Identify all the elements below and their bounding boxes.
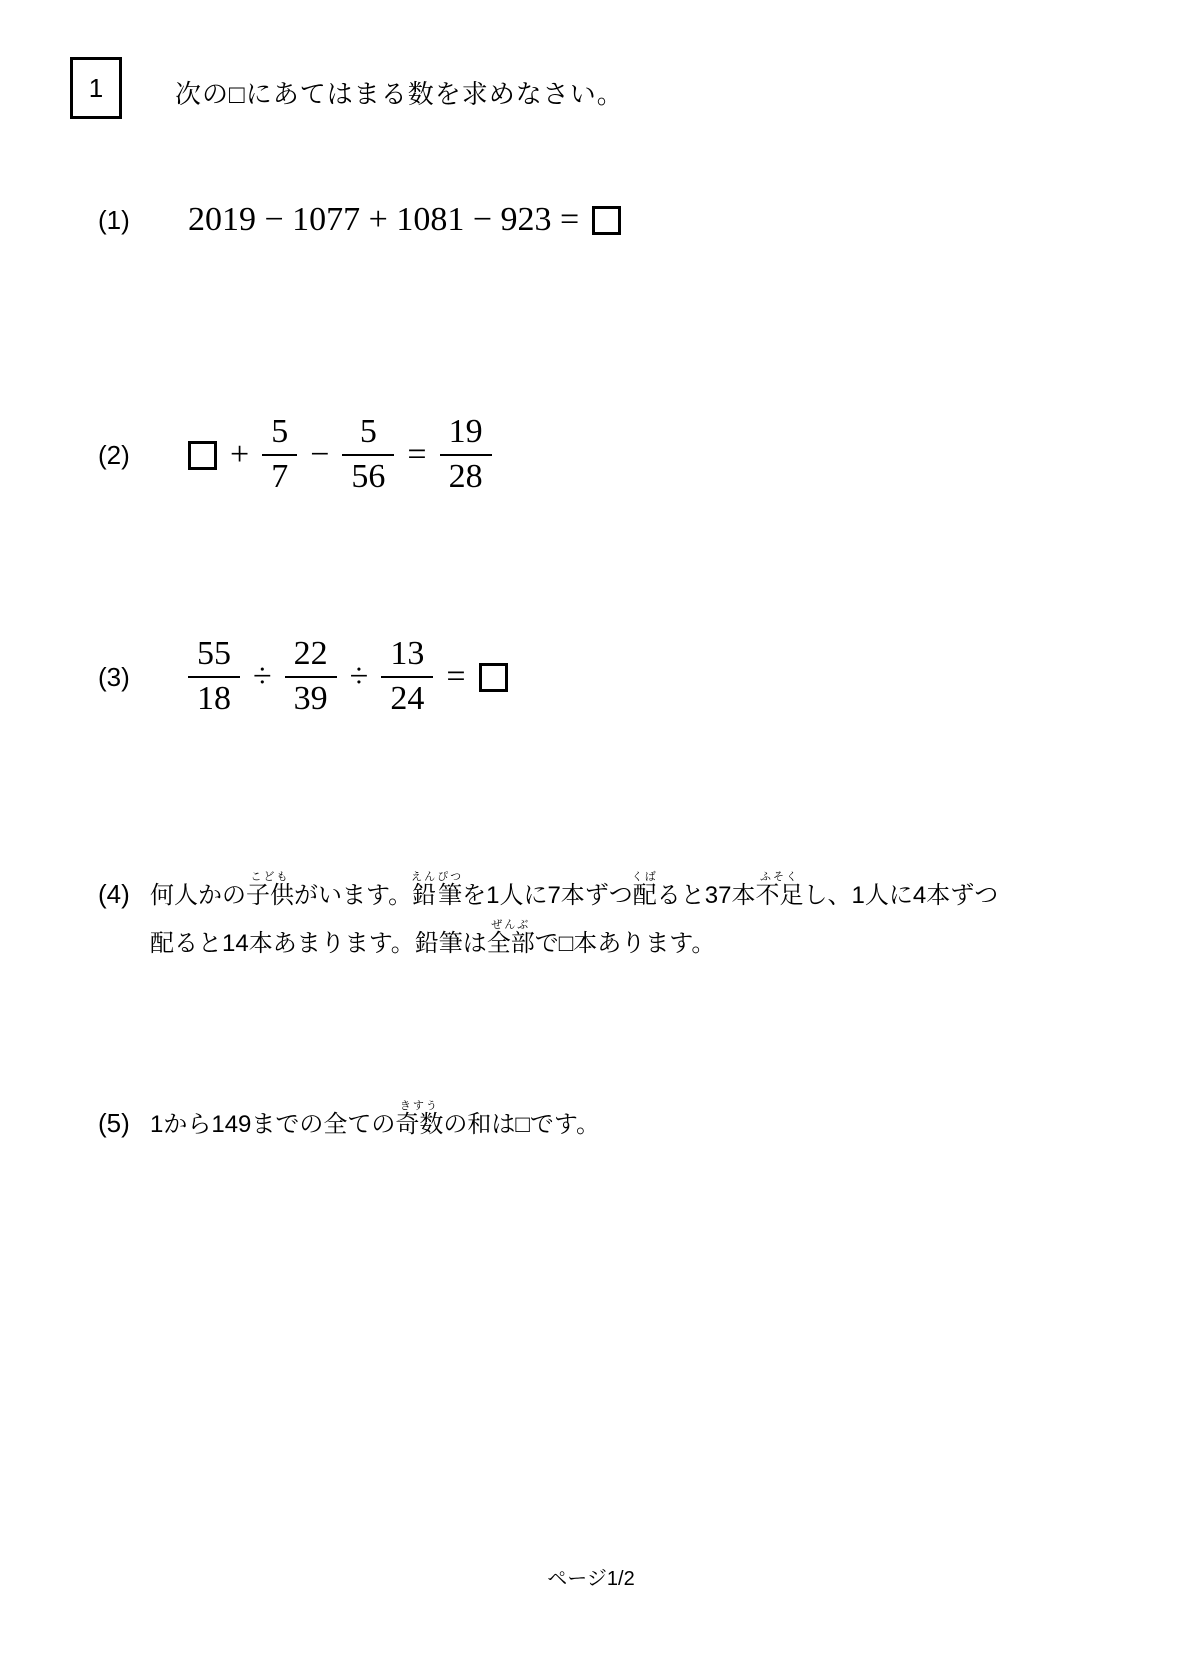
problem-2-label: (2): [98, 440, 188, 471]
text-segment: で□本あります。: [535, 930, 716, 957]
problem-1-equation: 2019 − 1077 + 1081 − 923 =: [188, 201, 621, 239]
furigana: えんぴつ: [411, 871, 463, 883]
problem-4-label: (4): [98, 871, 150, 918]
divide-operator: ÷: [350, 660, 369, 694]
fraction: 55 18: [188, 636, 240, 717]
text-segment: 何人かの: [150, 882, 246, 909]
text-segment: を1人に7本ずつ: [462, 882, 633, 909]
fraction: 5 7: [262, 414, 297, 495]
furigana: ふそく: [756, 871, 804, 883]
answer-box: [479, 663, 508, 692]
fraction-numerator: 5: [262, 414, 297, 454]
fraction-numerator: 13: [381, 636, 433, 676]
divide-operator: ÷: [253, 660, 272, 694]
fraction-numerator: 19: [440, 414, 492, 454]
fraction: 5 56: [342, 414, 394, 495]
ruby-word: 奇数きすう: [395, 1111, 443, 1138]
ruby-base: 鉛筆: [411, 882, 463, 909]
fraction-denominator: 7: [262, 454, 297, 496]
answer-box: [592, 206, 621, 235]
fraction: 13 24: [381, 636, 433, 717]
text-segment: がいます。: [294, 882, 412, 909]
fraction: 19 28: [440, 414, 492, 495]
ruby-word: 鉛筆えんぴつ: [412, 882, 462, 909]
problem-5: (5) 1から149までの全ての奇数きすうの和は□です。: [98, 1100, 600, 1148]
ruby-base: 配: [632, 882, 658, 909]
fraction-denominator: 24: [381, 676, 433, 718]
expression-text: 2019 − 1077 + 1081 − 923 =: [188, 201, 579, 239]
problem-5-text: 1から149までの全ての奇数きすうの和は□です。: [150, 1100, 600, 1148]
furigana: こども: [246, 871, 294, 883]
text-segment: 1から149までの全ての: [150, 1111, 395, 1138]
page-indicator: ページ1/2: [0, 1562, 1182, 1591]
furigana: きすう: [395, 1100, 443, 1112]
problem-5-line-1: 1から149までの全ての奇数きすうの和は□です。: [150, 1100, 600, 1148]
problem-4-text: 何人かの子供こどもがいます。鉛筆えんぴつを1人に7本ずつ配くばると37本不足ふそ…: [150, 871, 998, 967]
ruby-word: 全部ぜんぶ: [487, 930, 535, 957]
fraction-denominator: 39: [285, 676, 337, 718]
fraction-denominator: 18: [188, 676, 240, 718]
problem-1-label: (1): [98, 205, 188, 236]
fraction: 22 39: [285, 636, 337, 717]
fraction-denominator: 28: [440, 454, 492, 496]
ruby-word: 子供こども: [246, 882, 294, 909]
problem-1: (1) 2019 − 1077 + 1081 − 923 =: [98, 194, 621, 246]
problem-4-line-1: 何人かの子供こどもがいます。鉛筆えんぴつを1人に7本ずつ配くばると37本不足ふそ…: [150, 871, 998, 919]
problem-3-label: (3): [98, 662, 188, 693]
equals-operator: =: [446, 660, 465, 694]
ruby-base: 全部: [487, 930, 535, 957]
fraction-numerator: 22: [285, 636, 337, 676]
furigana: くば: [632, 871, 658, 883]
problem-3-equation: 55 18 ÷ 22 39 ÷ 13 24 =: [188, 636, 508, 717]
ruby-base: 奇数: [395, 1111, 443, 1138]
problem-5-label: (5): [98, 1100, 150, 1147]
ruby-word: 不足ふそく: [756, 882, 804, 909]
equals-operator: =: [407, 438, 426, 472]
problem-2-equation: + 5 7 − 5 56 = 19 28: [188, 414, 492, 495]
text-segment: 配ると14本あまります。鉛筆は: [150, 930, 487, 957]
section-title: 次の□にあてはまる数を求めなさい。: [175, 76, 624, 112]
text-segment: の和は□です。: [443, 1111, 600, 1138]
section-number-box: 1: [70, 57, 122, 119]
text-segment: し、1人に4本ずつ: [804, 882, 999, 909]
problem-4-line-2: 配ると14本あまります。鉛筆は全部ぜんぶで□本あります。: [150, 919, 998, 967]
problem-2: (2) + 5 7 − 5 56 = 19 28: [98, 407, 492, 503]
ruby-base: 不足: [756, 882, 804, 909]
ruby-base: 子供: [246, 882, 294, 909]
problem-4: (4) 何人かの子供こどもがいます。鉛筆えんぴつを1人に7本ずつ配くばると37本…: [98, 871, 998, 967]
text-segment: ると37本: [657, 882, 756, 909]
section-number: 1: [89, 73, 103, 104]
fraction-denominator: 56: [342, 454, 394, 496]
ruby-word: 配くば: [633, 882, 657, 909]
plus-operator: +: [230, 438, 249, 472]
problem-3: (3) 55 18 ÷ 22 39 ÷ 13 24 =: [98, 629, 508, 725]
fraction-numerator: 55: [188, 636, 240, 676]
fraction-numerator: 5: [351, 414, 386, 454]
furigana: ぜんぶ: [487, 919, 535, 931]
minus-operator: −: [310, 438, 329, 472]
answer-box: [188, 441, 217, 470]
worksheet-page: 1 次の□にあてはまる数を求めなさい。 (1) 2019 − 1077 + 10…: [0, 0, 1182, 1674]
